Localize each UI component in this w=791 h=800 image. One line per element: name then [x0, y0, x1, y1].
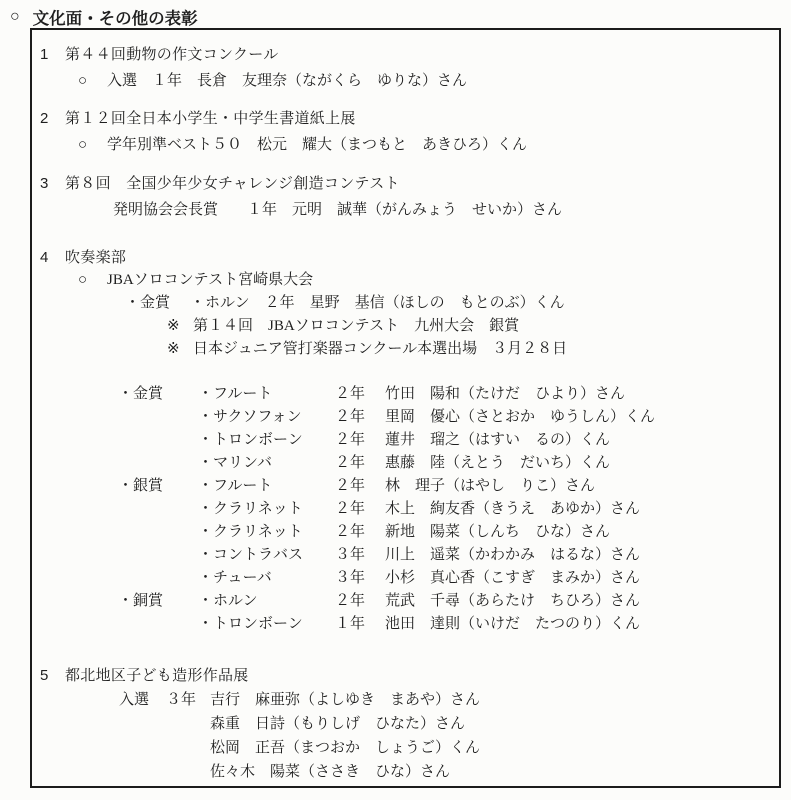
award-label — [118, 521, 198, 544]
section-number: 2 — [40, 106, 65, 132]
instrument-label: ・ホルン — [198, 590, 335, 613]
award-label — [118, 429, 198, 452]
student-name: 蓮井 瑠之（はすい るの）くん — [385, 429, 610, 452]
student-name: 佐々木 陽菜（ささき ひな）さん — [32, 760, 779, 784]
note-text: 第１４回 JBAソロコンテスト 九州大会 銀賞 — [193, 315, 519, 338]
reference-mark-icon: ※ — [167, 338, 193, 361]
note-text: 日本ジュニア管打楽器コンクール本選出場 ３月２８日 — [193, 338, 567, 361]
grade-label: ２年 — [335, 383, 385, 406]
document-title: ○ 文化面・その他の表彰 — [10, 5, 198, 29]
entry-text: １年 元明 誠華（がんみょう せいか）さん — [247, 197, 562, 223]
scanned-document-page: ○ 文化面・その他の表彰 1 第４４回動物の作文コンクール ○ 入選 １年 長倉… — [0, 0, 791, 800]
instrument-label: ・フルート — [198, 475, 335, 498]
instrument-label: ・トロンボーン — [198, 613, 335, 636]
award-row: ・銅賞 ・ホルン ２年 荒武 千尋（あらたけ ちひろ）さん — [32, 590, 779, 613]
student-name: 荒武 千尋（あらたけ ちひろ）さん — [385, 590, 640, 613]
award-row: ・チューバ ３年 小杉 真心香（こすぎ まみか）さん — [32, 567, 779, 590]
section-title-text: 第８回 全国少年少女チャレンジ創造コンテスト — [65, 171, 400, 197]
contest-name-text: JBAソロコンテスト宮崎県大会 — [107, 269, 313, 292]
grade-label: １年 — [335, 613, 385, 636]
award-row: ・コントラバス ３年 川上 遥菜（かわかみ はるな）さん — [32, 544, 779, 567]
grade-label: ２年 — [335, 498, 385, 521]
award-label: ・金賞 — [125, 292, 190, 315]
awards-box: 1 第４４回動物の作文コンクール ○ 入選 １年 長倉 友理奈（ながくら ゆりな… — [30, 28, 781, 788]
award-row: ・トロンボーン １年 池田 達則（いけだ たつのり）くん — [32, 613, 779, 636]
section-3-title: 3 第８回 全国少年少女チャレンジ創造コンテスト — [32, 171, 779, 197]
section-4-subtitle: ○ JBAソロコンテスト宮崎県大会 — [32, 269, 779, 292]
student-name: 松岡 正吾（まつおか しょうご）くん — [32, 736, 779, 760]
section-number: 3 — [40, 171, 65, 197]
section-2-title: 2 第１２回全日本小学生・中学生書道紙上展 — [32, 106, 779, 132]
award-label — [118, 567, 198, 590]
section-1-entry: ○ 入選 １年 長倉 友理奈（ながくら ゆりな）さん — [32, 68, 779, 94]
student-name: 吉行 麻亜弥（よしゆき まあや）さん — [210, 688, 480, 712]
section-number: 5 — [40, 664, 65, 688]
student-name: 里岡 優心（さとおか ゆうしん）くん — [385, 406, 655, 429]
section-5-title: 5 都北地区子ども造形作品展 — [32, 664, 779, 688]
section-2-entry: ○ 学年別準ベスト５０ 松元 耀大（まつもと あきひろ）くん — [32, 132, 779, 158]
section-title-text: 第１２回全日本小学生・中学生書道紙上展 — [65, 106, 356, 132]
student-name: 新地 陽菜（しんち ひな）さん — [385, 521, 610, 544]
instrument-label: ・サクソフォン — [198, 406, 335, 429]
award-label: ・銅賞 — [118, 590, 198, 613]
document-title-text: 文化面・その他の表彰 — [33, 5, 198, 29]
section-1-title: 1 第４４回動物の作文コンクール — [32, 42, 779, 68]
student-name: 川上 遥菜（かわかみ はるな）さん — [385, 544, 640, 567]
student-name: 竹田 陽和（たけだ ひより）さん — [385, 383, 625, 406]
award-label — [118, 452, 198, 475]
selection-label: 入選 — [119, 688, 166, 712]
grade-label: ３年 — [335, 544, 385, 567]
section-number: 4 — [40, 246, 65, 269]
instrument-label: ・クラリネット — [198, 498, 335, 521]
grade-label: ３年 — [335, 567, 385, 590]
student-name: 木上 絢友香（きうえ あゆか）さん — [385, 498, 640, 521]
award-label: ・金賞 — [118, 383, 198, 406]
entry-text: ・ホルン ２年 星野 基信（ほしの もとのぶ）くん — [190, 292, 565, 315]
section-number: 1 — [40, 42, 65, 68]
student-name: 森重 日詩（もりしげ ひなた）さん — [32, 712, 779, 736]
award-row: ・クラリネット ２年 新地 陽菜（しんち ひな）さん — [32, 521, 779, 544]
instrument-label: ・マリンバ — [198, 452, 335, 475]
award-label — [118, 544, 198, 567]
featured-award-row: ・金賞 ・ホルン ２年 星野 基信（ほしの もとのぶ）くん — [32, 292, 779, 315]
circle-bullet-icon: ○ — [78, 269, 107, 292]
award-label: ・銀賞 — [118, 475, 198, 498]
note-row: ※ 日本ジュニア管打楽器コンクール本選出場 ３月２８日 — [32, 338, 779, 361]
award-row: ・トロンボーン ２年 蓮井 瑠之（はすい るの）くん — [32, 429, 779, 452]
reference-mark-icon: ※ — [167, 315, 193, 338]
award-label — [118, 613, 198, 636]
award-row: ・クラリネット ２年 木上 絢友香（きうえ あゆか）さん — [32, 498, 779, 521]
section-title-text: 吹奏楽部 — [65, 246, 126, 269]
grade-label: ２年 — [335, 590, 385, 613]
section-title-text: 第４４回動物の作文コンクール — [65, 42, 279, 68]
section-title-text: 都北地区子ども造形作品展 — [65, 664, 249, 688]
student-name: 池田 達則（いけだ たつのり）くん — [385, 613, 640, 636]
award-row: ・金賞 ・フルート ２年 竹田 陽和（たけだ ひより）さん — [32, 383, 779, 406]
student-name: 小杉 真心香（こすぎ まみか）さん — [385, 567, 640, 590]
note-row: ※ 第１４回 JBAソロコンテスト 九州大会 銀賞 — [32, 315, 779, 338]
award-label — [118, 498, 198, 521]
award-label — [118, 406, 198, 429]
instrument-label: ・チューバ — [198, 567, 335, 590]
instrument-label: ・トロンボーン — [198, 429, 335, 452]
entry-text: 学年別準ベスト５０ 松元 耀大（まつもと あきひろ）くん — [107, 132, 527, 158]
grade-label: ２年 — [335, 452, 385, 475]
circle-bullet-icon: ○ — [78, 132, 107, 158]
student-name: 林 理子（はやし りこ）さん — [385, 475, 595, 498]
grade-label: ３年 — [166, 688, 210, 712]
circle-bullet-icon: ○ — [78, 68, 107, 94]
section-3-entry: 発明協会会長賞 １年 元明 誠華（がんみょう せいか）さん — [32, 197, 779, 223]
award-name-label: 発明協会会長賞 — [113, 197, 247, 223]
grade-label: ２年 — [335, 429, 385, 452]
instrument-label: ・クラリネット — [198, 521, 335, 544]
instrument-label: ・コントラバス — [198, 544, 335, 567]
circle-bullet-icon: ○ — [10, 8, 20, 26]
grade-label: ２年 — [335, 406, 385, 429]
award-row: ・銀賞 ・フルート ２年 林 理子（はやし りこ）さん — [32, 475, 779, 498]
instrument-label: ・フルート — [198, 383, 335, 406]
section-4-title: 4 吹奏楽部 — [32, 246, 779, 269]
student-name: 惠藤 陸（えとう だいち）くん — [385, 452, 610, 475]
award-row: ・マリンバ ２年 惠藤 陸（えとう だいち）くん — [32, 452, 779, 475]
entry-text: 入選 １年 長倉 友理奈（ながくら ゆりな）さん — [107, 68, 467, 94]
grade-label: ２年 — [335, 521, 385, 544]
section-5-entry: 入選 ３年 吉行 麻亜弥（よしゆき まあや）さん — [32, 688, 779, 712]
grade-label: ２年 — [335, 475, 385, 498]
award-row: ・サクソフォン ２年 里岡 優心（さとおか ゆうしん）くん — [32, 406, 779, 429]
